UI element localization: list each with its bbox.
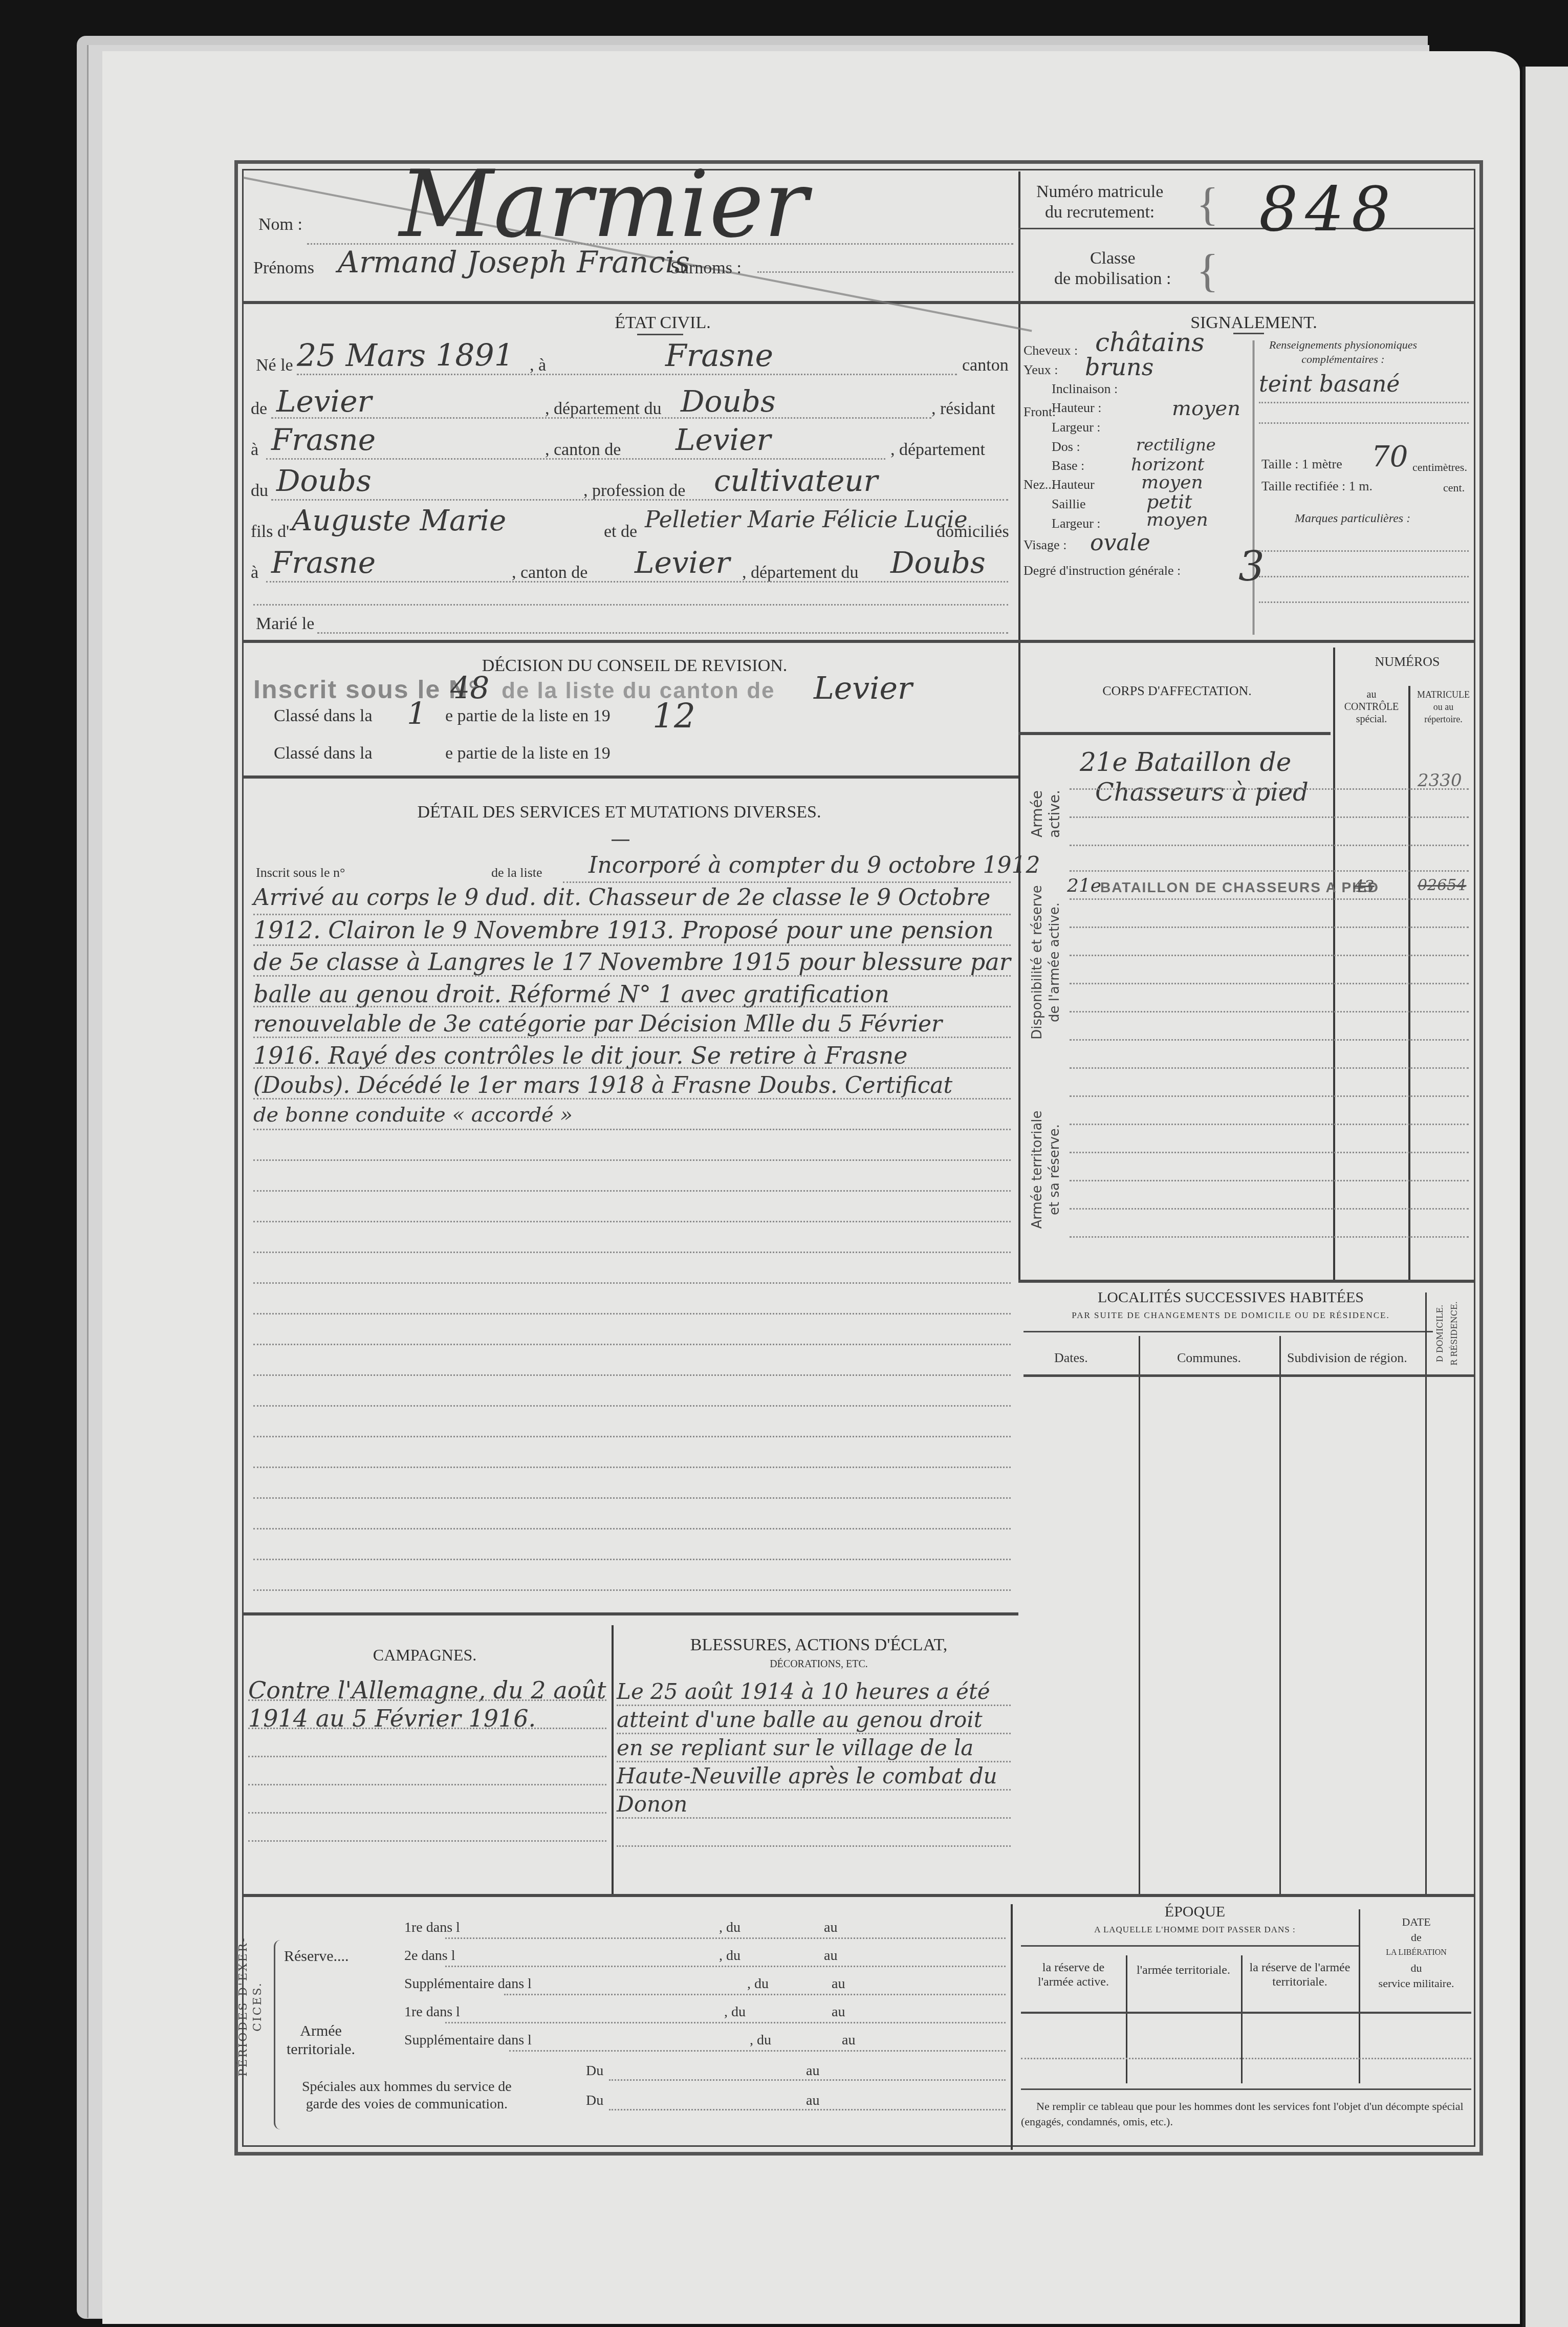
services-line: 1916. Rayé des contrôles le dit jour. Se…	[253, 1042, 908, 1069]
numeros-divider	[1333, 648, 1335, 1280]
front-value: moyen	[1172, 397, 1240, 420]
domicilies-label: domiciliés	[937, 522, 1009, 542]
classe1-label: Classé dans la	[274, 706, 373, 726]
profession-label: , profession de	[583, 481, 685, 501]
au-label: au	[824, 1948, 837, 1964]
date-title-5: service militaire.	[1361, 1976, 1471, 1991]
marques-label: Marques particulières :	[1295, 512, 1410, 526]
a2-label: à	[251, 440, 258, 460]
au-label: au	[806, 2063, 819, 2079]
blank-line	[253, 604, 1008, 606]
epoque-col-reserve-active: la réserve de l'armée active.	[1023, 1960, 1123, 1989]
epoque-col-territoriale: l'armée territoriale.	[1128, 1963, 1238, 1977]
services-liste-label: de la liste	[491, 865, 542, 880]
signalement-title-rule	[1233, 333, 1264, 334]
du-label: , du	[719, 1920, 741, 1936]
epoque-value-line	[1021, 2058, 1471, 2059]
birth-place-value: Frasne	[665, 338, 773, 374]
renseignements-label: Renseignements physionomiques complément…	[1269, 338, 1417, 367]
col-controle-line-1: au	[1338, 688, 1405, 701]
renseignements-value: teint basané	[1259, 371, 1400, 397]
corps-active-line-1: 21e Bataillon de	[1080, 747, 1291, 777]
name-section-divider	[243, 301, 1018, 304]
inscrit-numero: 48	[450, 671, 489, 706]
epoque-subtitle: A LAQUELLE L'HOMME DOIT PASSER DANS :	[1018, 1925, 1371, 1935]
matricule-number: 848	[1259, 174, 1398, 245]
corps-reserve-stamp: BATAILLON DE CHASSEURS A PIED	[1100, 879, 1379, 896]
territoriale-label-2: et sa réserve.	[1046, 1083, 1063, 1257]
epoque-bottom-divider	[1021, 2088, 1471, 2090]
marques-line-2	[1259, 576, 1469, 577]
cheveux-label: Cheveux :	[1023, 343, 1078, 358]
signalement-divider	[1253, 340, 1254, 635]
blessures-line: atteint d'une balle au genou droit	[617, 1707, 983, 1732]
renseignements-label-line-2: complémentaires :	[1269, 352, 1417, 367]
a-label: , à	[530, 356, 546, 375]
speciales-row-1: Du	[586, 2063, 603, 2079]
nez-base-label: Base :	[1052, 458, 1084, 473]
matricule-brace: {	[1196, 178, 1218, 231]
epoque-title: ÉPOQUE	[1018, 1903, 1371, 1921]
date-title-1: DATE	[1361, 1914, 1471, 1930]
reserve-row-label: Supplémentaire dans l	[404, 1976, 532, 1992]
etat-civil-bottom-divider	[243, 640, 1474, 643]
col-domicile-residence: D DOMICILE. R RÉSIDENCE.	[1433, 1290, 1462, 1377]
decision-title: DÉCISION DU CONSEIL DE REVISION.	[450, 656, 819, 676]
au-label: au	[832, 1976, 845, 1992]
classe2-mid: e partie de la liste en 19	[445, 744, 611, 763]
signalement-top-divider	[1018, 301, 1474, 304]
taille-unit: centimètres.	[1412, 461, 1467, 474]
prenoms-label: Prénoms	[253, 258, 314, 278]
classe-label-line-1: Classe	[1054, 248, 1171, 269]
corps-title: CORPS D'AFFECTATION.	[1064, 683, 1290, 699]
birth-departement-value: Doubs	[681, 384, 776, 419]
services-line: Arrivé au corps le 9 dud. dit. Chasseur …	[253, 885, 990, 911]
matricule-label: Numéro matricule du recrutement:	[1036, 182, 1163, 223]
speciales-label-2: garde des voies de communication.	[302, 2096, 512, 2113]
corps-reserve-matricule: 02654	[1418, 876, 1466, 894]
matricule-label-line-1: Numéro matricule	[1036, 182, 1163, 202]
nez-label: Nez...	[1023, 477, 1055, 492]
facing-page-edge	[1522, 67, 1568, 2327]
inscrit-stamp: Inscrit sous le N°	[253, 675, 480, 704]
residant-label: , résidant	[931, 399, 995, 419]
du-label: , du	[747, 1976, 769, 1992]
campagnes-divider	[612, 1625, 614, 1894]
corps-header-divider	[1018, 732, 1331, 735]
blessures-line: en se repliant sur le village de la	[617, 1735, 973, 1760]
nez-dos-value: rectiligne	[1136, 435, 1216, 455]
profession-line	[271, 499, 1008, 501]
reserve-row-3: Supplémentaire dans l	[287, 1976, 532, 1992]
corps-active-matricule: 2330	[1418, 770, 1462, 791]
localites-header-divider	[1023, 1374, 1474, 1377]
nez-dos-label: Dos :	[1052, 439, 1080, 455]
col-controle-line-3: spécial.	[1338, 713, 1405, 725]
etat-civil-title-rule	[637, 334, 683, 335]
renseignements-label-line-1: Renseignements physionomiques	[1269, 338, 1417, 352]
corps-bottom-divider	[1018, 1280, 1474, 1283]
localites-col-divider-1	[1139, 1336, 1140, 1894]
departement-label: , département du	[545, 399, 662, 419]
birth-canton-value: Levier	[276, 384, 372, 419]
reserve-row-label: 2e dans l	[404, 1948, 455, 1964]
col-matricule-header: MATRICULE ou au répertoire.	[1411, 688, 1475, 725]
marques-line-1	[1259, 550, 1469, 552]
services-line: renouvelable de 3e catégorie par Décisio…	[253, 1011, 942, 1037]
col-controle-header: au CONTRÔLE spécial.	[1338, 688, 1405, 725]
speciales-label-1: Spéciales aux hommes du service de	[302, 2078, 512, 2096]
localites-col-divider-2	[1279, 1336, 1281, 1894]
reserve-row-2: 2e dans l	[287, 1948, 455, 1964]
birth-date-value: 25 Mars 1891	[297, 338, 514, 374]
col-residence: R RÉSIDENCE.	[1447, 1290, 1462, 1377]
birth-line	[297, 374, 957, 375]
matricule-label-line-2: du recrutement:	[1036, 202, 1163, 223]
armee-active-label-1: Armée	[1029, 768, 1046, 860]
reserve-row-label: 1re dans l	[404, 1920, 460, 1935]
blessures-line: Donon	[617, 1792, 687, 1817]
col-dates: Dates.	[1054, 1350, 1088, 1366]
main-column-divider	[1018, 171, 1020, 1280]
blessures-title: BLESSURES, ACTIONS D'ÉCLAT,	[629, 1635, 1008, 1655]
residence-value: Frasne	[271, 422, 376, 457]
profession-value: cultivateur	[714, 463, 878, 498]
col-domicile: D DOMICILE.	[1433, 1290, 1447, 1377]
epoque-header-divider	[1021, 2012, 1471, 2014]
classe1-mid: e partie de la liste en 19	[445, 706, 611, 726]
localites-subtitle: PAR SUITE DE CHANGEMENTS DE DOMICILE OU …	[1023, 1310, 1438, 1321]
periodes-side-label-2: CICES.	[251, 1909, 265, 2104]
services-inscrit-label: Inscrit sous le n°	[256, 865, 345, 880]
col-controle-line-2: CONTRÔLE	[1338, 701, 1405, 713]
nez-saillie-label: Saillie	[1052, 497, 1085, 512]
epoque-col-reserve-territoriale: la réserve de l'armée territoriale.	[1244, 1960, 1356, 1989]
front-largeur-label: Largeur :	[1052, 420, 1101, 435]
epoque-col-divider-2	[1241, 1955, 1243, 2083]
services-line: (Doubs). Décédé le 1er mars 1918 à Frasn…	[253, 1072, 952, 1098]
periodes-brace	[274, 1940, 280, 2129]
canton3-label: , canton de	[512, 563, 587, 583]
classe2-label: Classé dans la	[274, 744, 373, 763]
renseignements-line-2	[1259, 422, 1469, 424]
taille-label: Taille : 1 mètre	[1261, 457, 1342, 472]
section-territoriale: Armée territoriale et sa réserve.	[1029, 1083, 1063, 1257]
du-label: , du	[724, 2004, 746, 2020]
inscrit-canton: Levier	[814, 671, 912, 706]
disponibilite-label-2: de l'armée active.	[1046, 860, 1063, 1065]
speciales-row-2: Du	[586, 2093, 603, 2109]
canton-line	[271, 417, 931, 419]
fils-label: fils d'	[251, 522, 289, 542]
corps-reserve-prefix: 21e	[1067, 875, 1101, 896]
au-label: au	[824, 1920, 837, 1936]
domicile-line	[266, 581, 1008, 583]
etat-civil-title: ÉTAT CIVIL.	[555, 313, 770, 333]
col-communes: Communes.	[1177, 1350, 1241, 1366]
col-matricule-line-1: MATRICULE	[1411, 688, 1475, 701]
classe-label: Classe de mobilisation :	[1054, 248, 1171, 289]
classe-label-line-2: de mobilisation :	[1054, 269, 1171, 289]
section-disponibilite: Disponibilité et réserve de l'armée acti…	[1029, 860, 1063, 1065]
marie-label: Marié le	[256, 614, 314, 634]
departement3-label: , département du	[742, 563, 859, 583]
ne-le-label: Né le	[256, 356, 293, 375]
visage-label: Visage :	[1023, 537, 1066, 553]
services-line: balle au genou droit. Réformé N° 1 avec …	[253, 980, 889, 1008]
a3-label: à	[251, 563, 258, 583]
surnoms-label: Surnoms :	[670, 258, 742, 278]
blessures-line: Le 25 août 1914 à 10 heures a été	[617, 1679, 990, 1704]
surnoms-field-line	[757, 271, 1013, 273]
matricule-divider	[1018, 228, 1474, 229]
yeux-label: Yeux :	[1023, 362, 1058, 378]
nom-label: Nom :	[258, 215, 302, 234]
domicile-value: Frasne	[271, 545, 376, 580]
du-label: , du	[719, 1948, 741, 1964]
blessures-line: Haute-Neuville après le combat du	[617, 1763, 997, 1789]
periodes-side-label-1: PÉRIODES D'EXER-	[236, 1909, 251, 2104]
marques-line-3	[1259, 601, 1469, 603]
epoque-col-divider-1	[1126, 1955, 1127, 2083]
residence-canton-value: Levier	[676, 422, 771, 457]
epoque-col-divider-3	[1359, 1909, 1360, 2083]
visage-value: ovale	[1090, 530, 1150, 556]
section-armee-active: Armée active.	[1029, 768, 1063, 860]
date-title-4: du	[1361, 1960, 1471, 1976]
classe1-partie: 1	[407, 696, 426, 732]
yeux-value: bruns	[1085, 353, 1153, 381]
epoque-left-divider	[1011, 1904, 1013, 2150]
numeros-title: NUMÉROS	[1361, 654, 1453, 670]
departement2-label: , département	[890, 440, 985, 460]
front-label: Front.	[1023, 404, 1056, 420]
date-liberation-header: DATE de LA LIBÉRATION du service militai…	[1361, 1914, 1471, 1991]
decision-bottom-divider	[243, 775, 1018, 779]
nom-value: Marmier	[399, 154, 808, 256]
speciales-label: Spéciales aux hommes du service de garde…	[302, 2078, 512, 2113]
canton-label: canton	[962, 356, 1009, 375]
epoque-brace-line	[1021, 1945, 1359, 1947]
du-label: du	[251, 481, 268, 501]
territoriale-label-1: Armée territoriale	[1029, 1083, 1046, 1257]
inscrit-prefix: Inscrit sous le N°	[253, 675, 480, 704]
date-title-3: LA LIBÉRATION	[1361, 1945, 1471, 1960]
mother-value: Pelletier Marie Félicie Lucie	[645, 507, 967, 533]
residence-line	[266, 458, 885, 460]
nez-largeur-label: Largeur :	[1052, 516, 1101, 531]
services-title: DÉTAIL DES SERVICES ET MUTATIONS DIVERSE…	[389, 803, 850, 822]
canton2-label: , canton de	[545, 440, 621, 460]
du-label: , du	[750, 2032, 771, 2049]
services-bottom-divider	[243, 1612, 1018, 1615]
campagnes-title: CAMPAGNES.	[317, 1646, 532, 1665]
blessures-subtitle: DÉCORATIONS, ETC.	[629, 1658, 1008, 1670]
de-label: de	[251, 399, 267, 419]
instruction-value: 3	[1238, 543, 1265, 590]
classe-brace: {	[1196, 245, 1218, 297]
services-line: 1912. Clairon le 9 Novembre 1913. Propos…	[253, 916, 994, 944]
taille-rectifiee-unit: cent.	[1443, 481, 1465, 494]
au-label: au	[806, 2093, 819, 2109]
domicile-departement-value: Doubs	[890, 545, 986, 580]
instruction-label: Degré d'instruction générale :	[1023, 563, 1181, 578]
services-line: Incorporé à compter du 9 octobre 1912	[589, 852, 1040, 878]
domicile-canton-value: Levier	[635, 545, 730, 580]
nez-hauteur-value: moyen	[1141, 472, 1203, 493]
services-line: de 5e classe à Langres le 17 Novembre 19…	[253, 948, 1011, 976]
front-hauteur-label: Hauteur :	[1052, 400, 1101, 416]
au-label: au	[832, 2004, 845, 2020]
front-inclinaison-label: Inclinaison :	[1052, 381, 1118, 397]
localites-col-divider-3	[1425, 1292, 1427, 1894]
periodes-side-label: PÉRIODES D'EXER- CICES.	[236, 1909, 265, 2104]
disponibilite-label-1: Disponibilité et réserve	[1029, 860, 1046, 1065]
renseignements-line-1	[1259, 402, 1469, 403]
territoriale-row-2: Supplémentaire dans l	[287, 2032, 532, 2049]
residence-departement-value: Doubs	[276, 463, 372, 498]
periodes-top-divider	[243, 1894, 1474, 1897]
col-matricule-line-2: ou au	[1411, 701, 1475, 713]
et-label: et de	[604, 522, 637, 542]
epoque-note: Ne remplir ce tableau que pour les homme…	[1021, 2099, 1471, 2129]
col-subdivision: Subdivision de région.	[1287, 1350, 1407, 1366]
services-line: de bonne conduite « accordé »	[253, 1103, 573, 1127]
inscrit-middle: de la liste du canton de	[502, 678, 775, 704]
taille-rectifiee-label: Taille rectifiée : 1 m.	[1261, 479, 1373, 494]
prenoms-value: Armand Joseph Francis	[338, 245, 690, 279]
localites-brace-line	[1023, 1331, 1433, 1332]
territoriale-row-label: Supplémentaire dans l	[404, 2032, 532, 2048]
corps-active-line-2: Chasseurs à pied	[1095, 778, 1309, 807]
au-label: au	[842, 2032, 855, 2049]
taille-value: 70	[1371, 440, 1408, 473]
nez-largeur-value: moyen	[1146, 509, 1208, 530]
classe1-annee: 12	[652, 696, 695, 736]
services-title-rule	[612, 839, 629, 841]
corps-reserve-controle: 43	[1354, 876, 1375, 896]
nez-hauteur-label: Hauteur	[1052, 477, 1095, 492]
marie-line	[317, 632, 1008, 634]
father-value: Auguste Marie	[292, 504, 506, 537]
armee-active-label-2: active.	[1046, 768, 1063, 860]
date-title-2: de	[1361, 1930, 1471, 1945]
localites-title: LOCALITÉS SUCCESSIVES HABITÉES	[1023, 1289, 1438, 1306]
reserve-row-1: 1re dans l	[287, 1920, 460, 1936]
territoriale-row-label: 1re dans l	[404, 2004, 460, 2020]
col-matricule-line-3: répertoire.	[1411, 713, 1475, 725]
territoriale-row-1: 1re dans l	[287, 2004, 460, 2020]
